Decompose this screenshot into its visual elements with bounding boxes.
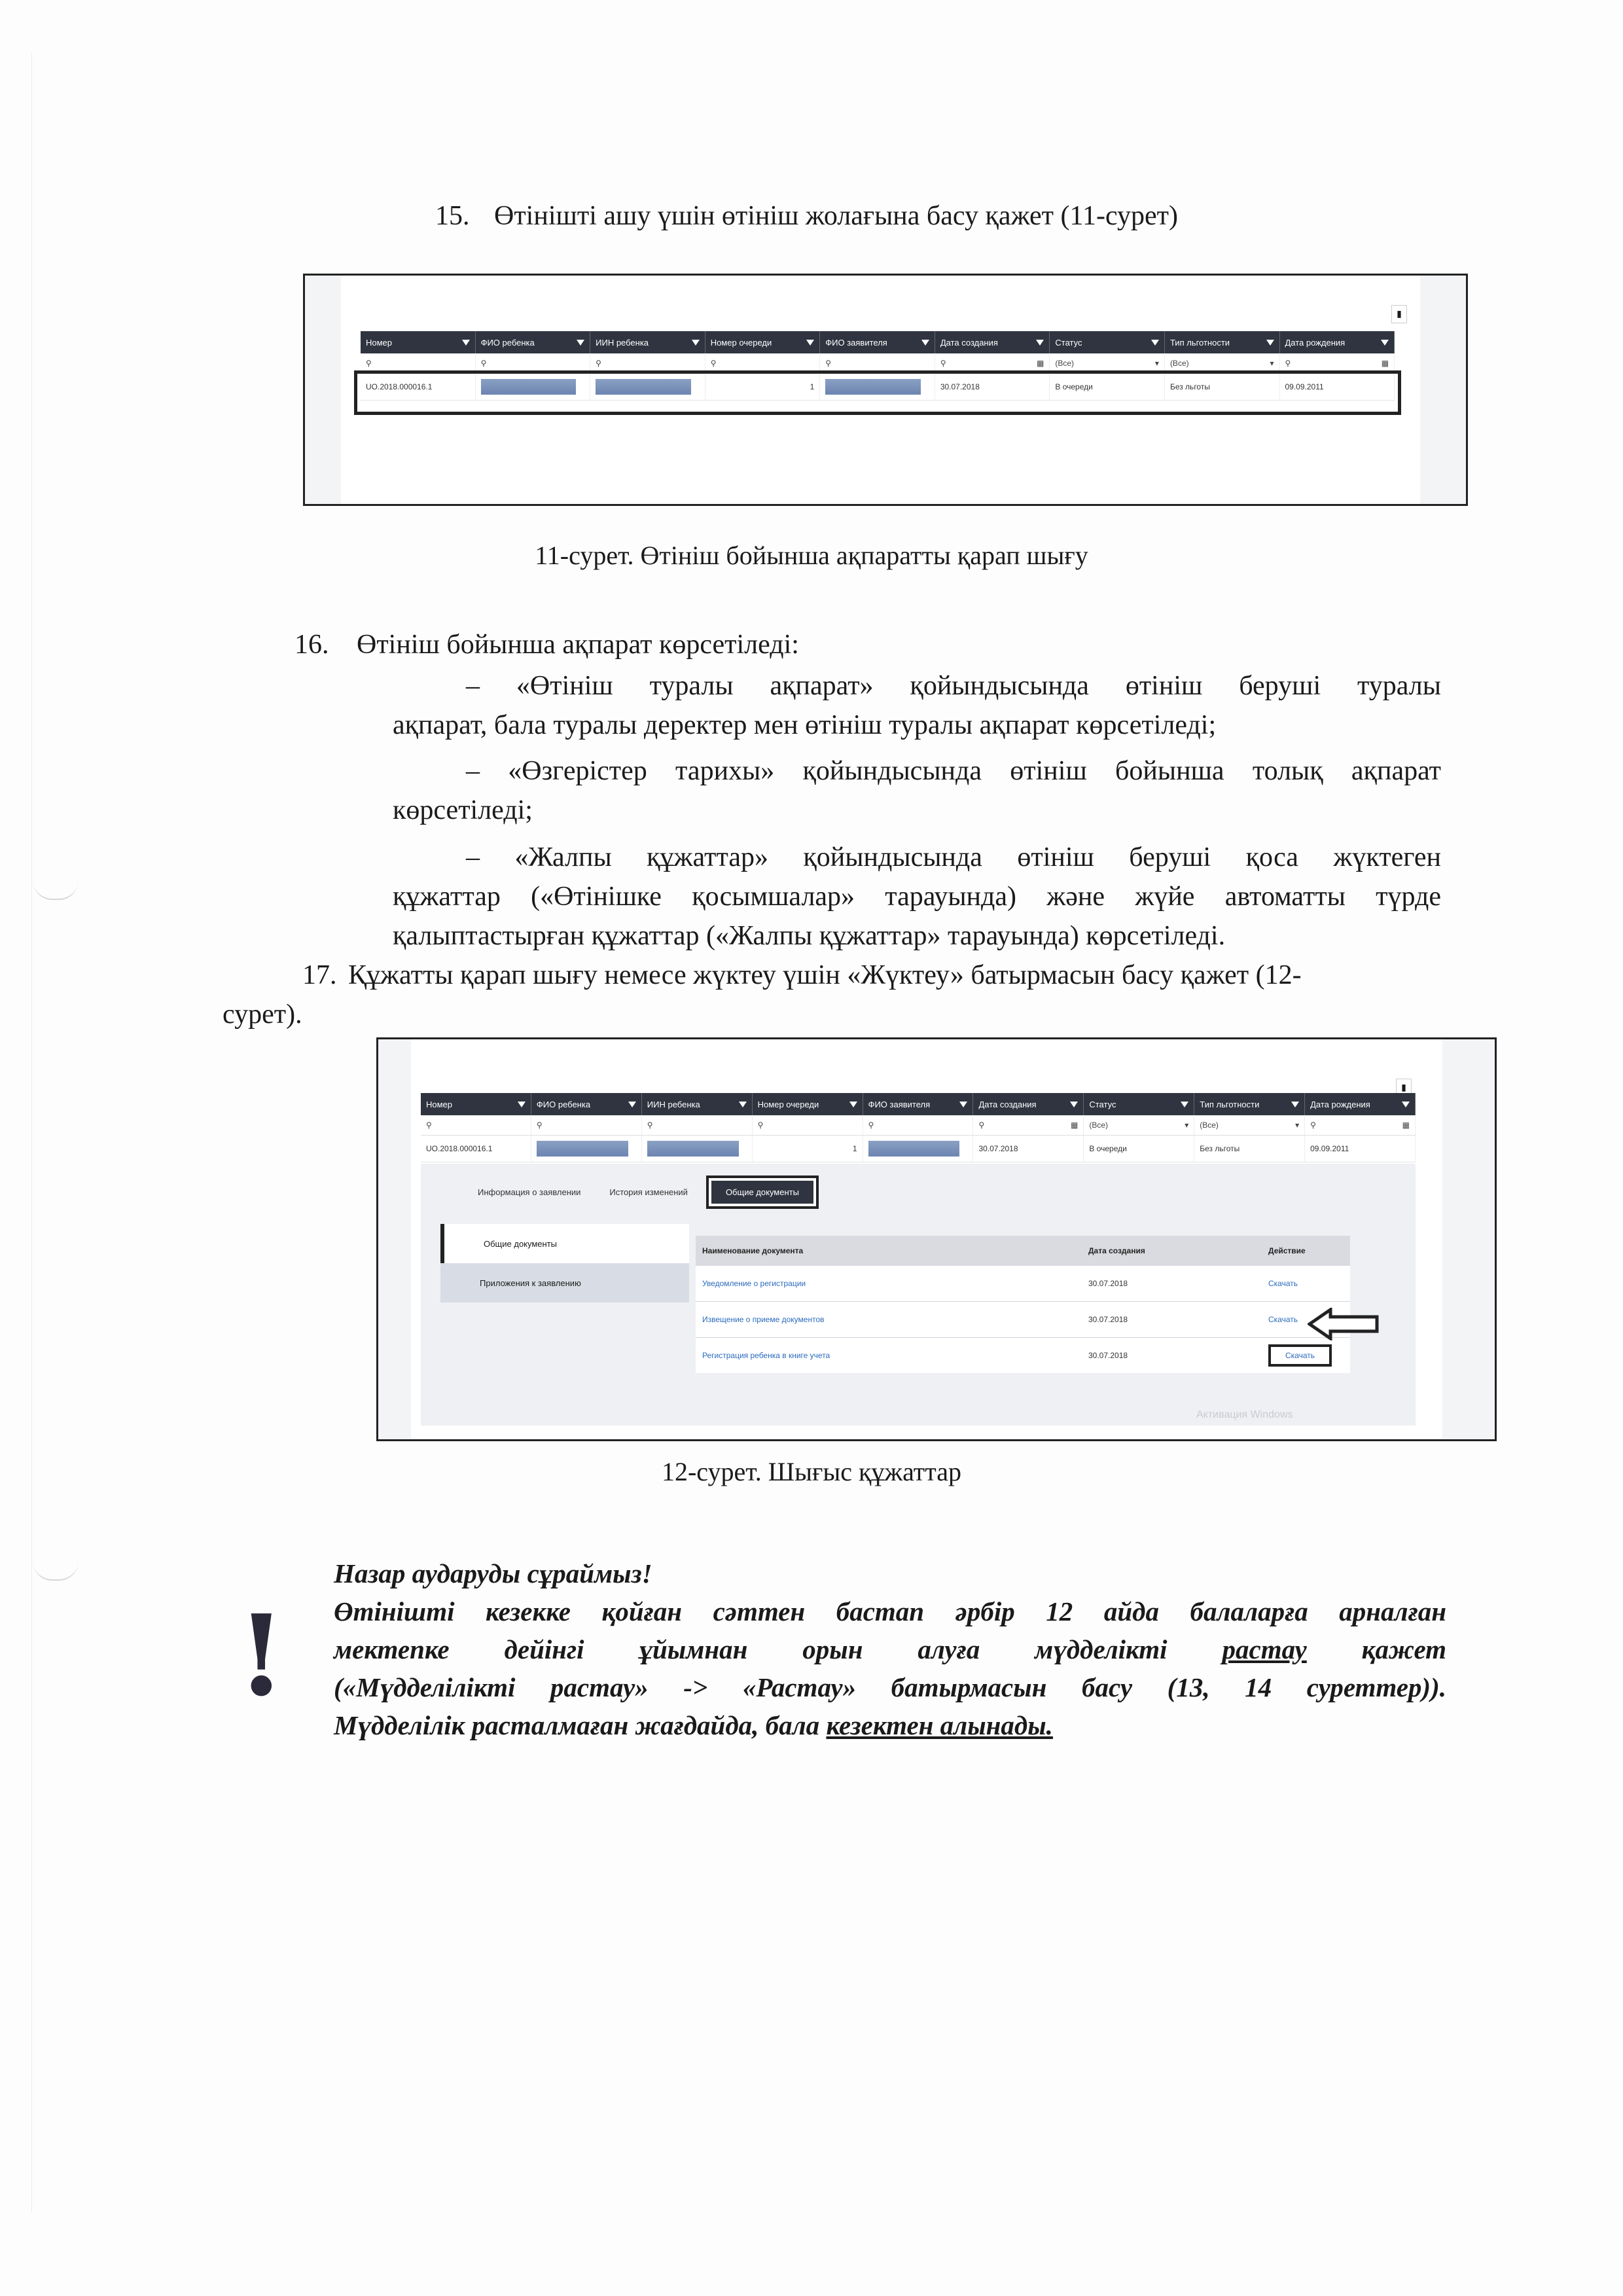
column-header[interactable]: ИИН ребенка	[590, 331, 705, 353]
bullet-1: – «Өтініш туралы ақпарат» қойындысында ө…	[466, 666, 1441, 706]
column-header[interactable]: ФИО заявителя	[863, 1093, 974, 1115]
calendar-icon[interactable]: ▦	[1382, 359, 1389, 368]
column-header[interactable]: Номер	[421, 1093, 531, 1115]
download-button-highlighted[interactable]: Скачать	[1268, 1344, 1332, 1367]
filter-funnel-icon[interactable]	[1381, 340, 1389, 346]
attention-notice: Назар аударуды сұраймыз! Өтінішті кезекк…	[334, 1554, 1446, 1744]
column-header[interactable]: Номер очереди	[705, 331, 821, 353]
column-header[interactable]: Дата рождения	[1280, 331, 1395, 353]
column-filter-input[interactable]: ⚲	[421, 1115, 531, 1135]
figure-12-screenshot: ▮ НомерФИО ребенкаИИН ребенкаНомер очере…	[376, 1037, 1497, 1441]
search-icon: ⚲	[426, 1121, 432, 1130]
search-icon: ⚲	[537, 1121, 543, 1130]
column-filter-input[interactable]: ⚲	[531, 1115, 642, 1135]
column-filter-input[interactable]: ⚲	[863, 1115, 974, 1135]
filter-funnel-icon[interactable]	[518, 1102, 526, 1107]
column-header[interactable]: Статус	[1050, 331, 1165, 353]
sidebar-item-general-documents[interactable]: Общие документы	[440, 1224, 689, 1263]
redacted-value	[537, 1141, 628, 1157]
table-row: Извещение о приеме документов 30.07.2018…	[696, 1302, 1350, 1338]
column-header[interactable]: Тип льготности	[1194, 1093, 1305, 1115]
export-icon[interactable]: ▮	[1391, 305, 1407, 323]
filter-funnel-icon[interactable]	[577, 340, 584, 346]
step-17: 17.Құжатты қарап шығу немесе жүктеу үшін…	[302, 956, 1441, 995]
column-header[interactable]: ФИО ребенка	[531, 1093, 642, 1115]
notice-title: Назар аударуды сұраймыз!	[334, 1554, 1446, 1592]
filter-select-value: (Все)	[1170, 359, 1189, 368]
search-icon: ⚲	[481, 359, 487, 368]
column-filter-input[interactable]: ⚲▦	[973, 1115, 1084, 1135]
table-row[interactable]: UO.2018.000016.1130.07.2018В очередиБез …	[421, 1136, 1416, 1162]
row-highlight	[354, 370, 1401, 415]
search-icon: ⚲	[1310, 1121, 1316, 1130]
filter-funnel-icon[interactable]	[1291, 1102, 1299, 1107]
punch-hole-mark	[33, 880, 79, 900]
filter-funnel-icon[interactable]	[959, 1102, 967, 1107]
column-filter-input[interactable]: (Все)▾	[1084, 1115, 1194, 1135]
filter-funnel-icon[interactable]	[462, 340, 470, 346]
table-row: Регистрация ребенка в книге учета 30.07.…	[696, 1338, 1350, 1373]
search-icon: ⚲	[711, 359, 717, 368]
calendar-icon[interactable]: ▦	[1402, 1121, 1410, 1130]
filter-funnel-icon[interactable]	[1070, 1102, 1078, 1107]
filter-funnel-icon[interactable]	[1402, 1102, 1410, 1107]
download-button[interactable]: Скачать	[1268, 1279, 1350, 1288]
calendar-icon[interactable]: ▦	[1071, 1121, 1078, 1130]
column-filter-input[interactable]: (Все)▾	[1194, 1115, 1305, 1135]
column-filter-input[interactable]: ⚲	[642, 1115, 753, 1135]
figure-12-caption: 12-сурет. Шығыс құжаттар	[0, 1456, 1623, 1487]
chevron-down-icon[interactable]: ▾	[1155, 359, 1159, 368]
tab-change-history[interactable]: История изменений	[595, 1181, 702, 1204]
filter-select-value: (Все)	[1089, 1121, 1108, 1130]
windows-activation-watermark: Активация Windows	[1196, 1409, 1293, 1421]
filter-funnel-icon[interactable]	[849, 1102, 857, 1107]
table-row: Уведомление о регистрации 30.07.2018 Ска…	[696, 1266, 1350, 1302]
column-filter-input[interactable]: ⚲▦	[1305, 1115, 1416, 1135]
figure-11-screenshot: ▮ НомерФИО ребенкаИИН ребенкаНомер очере…	[303, 274, 1468, 506]
grid-header: НомерФИО ребенкаИИН ребенкаНомер очереди…	[421, 1093, 1416, 1115]
column-header[interactable]: ИИН ребенка	[642, 1093, 753, 1115]
column-header[interactable]: Номер	[361, 331, 476, 353]
bullet-2: – «Өзгерістер тарихы» қойындысында өтіні…	[466, 751, 1441, 791]
search-icon: ⚲	[940, 359, 946, 368]
punch-hole-mark	[33, 1561, 79, 1581]
documents-table: Наименование документа Дата создания Дей…	[696, 1236, 1350, 1373]
documents-sidebar: Общие документы Приложения к заявлению	[440, 1224, 689, 1302]
scan-margin-line	[31, 52, 32, 2212]
filter-funnel-icon[interactable]	[1036, 340, 1044, 346]
filter-funnel-icon[interactable]	[739, 1102, 747, 1107]
chevron-down-icon[interactable]: ▾	[1185, 1121, 1188, 1130]
column-header[interactable]: Тип льготности	[1165, 331, 1280, 353]
grid-header: НомерФИО ребенкаИИН ребенкаНомер очереди…	[361, 331, 1395, 353]
tab-application-info[interactable]: Информация о заявлении	[463, 1181, 595, 1204]
search-icon: ⚲	[758, 1121, 764, 1130]
column-header[interactable]: Дата создания	[935, 331, 1050, 353]
column-header[interactable]: Номер очереди	[753, 1093, 863, 1115]
column-header[interactable]: Дата создания	[973, 1093, 1084, 1115]
column-header[interactable]: ФИО ребенка	[476, 331, 591, 353]
filter-select-value: (Все)	[1055, 359, 1074, 368]
figure-11-caption: 11-сурет. Өтініш бойынша ақпаратты қарап…	[0, 540, 1623, 571]
filter-funnel-icon[interactable]	[1151, 340, 1159, 346]
search-icon: ⚲	[825, 359, 831, 368]
calendar-icon[interactable]: ▦	[1037, 359, 1044, 368]
chevron-down-icon[interactable]: ▾	[1270, 359, 1274, 368]
column-filter-input[interactable]: ⚲	[753, 1115, 863, 1135]
documents-table-header: Наименование документа Дата создания Дей…	[696, 1236, 1350, 1266]
detail-tabs: Информация о заявлении История изменений…	[463, 1178, 816, 1206]
filter-funnel-icon[interactable]	[921, 340, 929, 346]
filter-funnel-icon[interactable]	[1266, 340, 1274, 346]
filter-select-value: (Все)	[1200, 1121, 1219, 1130]
search-icon: ⚲	[647, 1121, 653, 1130]
column-header[interactable]: Статус	[1084, 1093, 1194, 1115]
search-icon: ⚲	[366, 359, 372, 368]
search-icon: ⚲	[868, 1121, 874, 1130]
grid-filter-row: ⚲⚲⚲⚲⚲⚲▦(Все)▾(Все)▾⚲▦	[421, 1115, 1416, 1136]
filter-funnel-icon[interactable]	[1181, 1102, 1188, 1107]
filter-funnel-icon[interactable]	[692, 340, 700, 346]
filter-funnel-icon[interactable]	[806, 340, 814, 346]
sidebar-item-attachments[interactable]: Приложения к заявлению	[440, 1263, 689, 1302]
arrow-left-icon	[1308, 1308, 1380, 1340]
tab-general-documents[interactable]: Общие документы	[709, 1178, 816, 1206]
column-header[interactable]: Дата рождения	[1305, 1093, 1416, 1115]
redacted-value	[647, 1141, 739, 1157]
search-icon: ⚲	[978, 1121, 984, 1130]
exclamation-icon: !	[237, 1590, 286, 1721]
column-header[interactable]: ФИО заявителя	[820, 331, 935, 353]
filter-funnel-icon[interactable]	[628, 1102, 636, 1107]
bullet-3: – «Жалпы құжаттар» қойындысында өтініш б…	[466, 838, 1441, 877]
search-icon: ⚲	[596, 359, 601, 368]
redacted-value	[868, 1141, 960, 1157]
step-15: 15.Өтінішті ашу үшін өтініш жолағына бас…	[435, 196, 1178, 236]
search-icon: ⚲	[1285, 359, 1291, 368]
step-16: 16.Өтініш бойынша ақпарат көрсетіледі:	[294, 625, 799, 664]
chevron-down-icon[interactable]: ▾	[1295, 1121, 1299, 1130]
applications-grid: НомерФИО ребенкаИИН ребенкаНомер очереди…	[421, 1093, 1416, 1162]
